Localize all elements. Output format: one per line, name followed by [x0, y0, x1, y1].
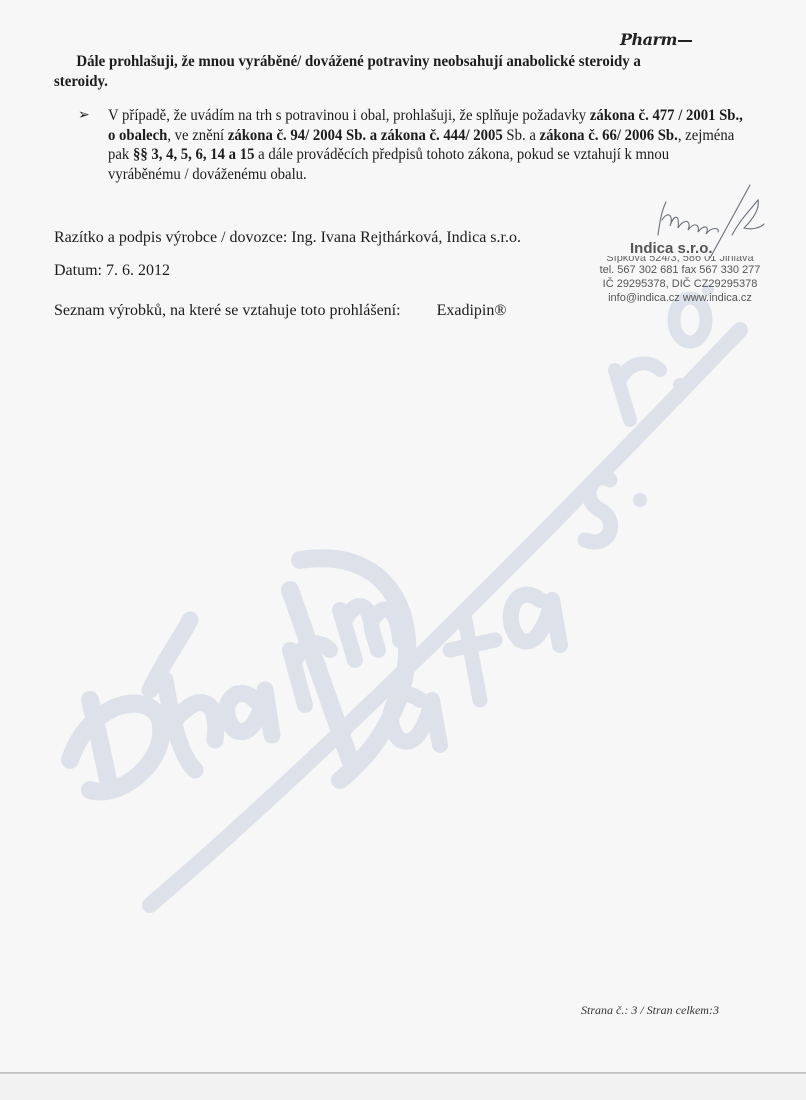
- signature-value: Ing. Ivana Rejthárková, Indica s.r.o.: [291, 229, 521, 246]
- date-label: Datum:: [54, 262, 102, 279]
- stamp-company: Indica s.r.o.: [630, 240, 713, 257]
- sections-reference: §§ 3, 4, 5, 6, 14 a 15: [133, 146, 254, 163]
- products-label: Seznam výrobků, na které se vztahuje tot…: [54, 302, 401, 319]
- signature-label: Razítko a podpis výrobce / dovozce:: [54, 229, 287, 246]
- stamp-contact: info@indica.cz www.indica.cz: [590, 292, 770, 304]
- page-number: Strana č.: 3 / Stran celkem:3: [581, 1003, 719, 1018]
- intro-line-1: Dále prohlašuji, že mnou vyráběné/ dováž…: [54, 52, 724, 72]
- stamp-address: Šípková 524/3, 586 01 Jihlava: [590, 256, 770, 263]
- document-page: Pharm Dále prohlašuji, že mnou vyráběné/…: [0, 0, 806, 1100]
- date-value: 7. 6. 2012: [106, 262, 170, 279]
- products-field: Seznam výrobků, na které se vztahuje tot…: [54, 302, 506, 320]
- stamp-ids: IČ 29295378, DIČ CZ29295378: [590, 278, 770, 290]
- signature-field: Razítko a podpis výrobce / dovozce: Ing.…: [54, 229, 521, 247]
- logo-text: Pharm: [620, 30, 677, 49]
- text-segment: , ve znění: [167, 127, 228, 144]
- logo-underline: [678, 40, 692, 42]
- company-stamp: Indica s.r.o. Šípková 524/3, 586 01 Jihl…: [590, 180, 780, 310]
- arrow-bullet-icon: ➢: [78, 106, 90, 126]
- declaration-intro: Dále prohlašuji, že mnou vyráběné/ dováž…: [54, 52, 724, 92]
- packaging-declaration: ➢ V případě, že uvádím na trh s potravin…: [78, 106, 778, 184]
- packaging-declaration-text: V případě, že uvádím na trh s potravinou…: [108, 106, 745, 184]
- scan-bottom-margin: [0, 1074, 806, 1100]
- stamp-address-text: Šípková 524/3, 586 01 Jihlava: [606, 256, 753, 263]
- date-field: Datum: 7. 6. 2012: [54, 262, 170, 280]
- law-reference: zákona č. 94/ 2004 Sb. a zákona č. 444/ …: [228, 127, 503, 144]
- intro-line-2: steroidy.: [54, 72, 724, 92]
- stamp-phone-fax: tel. 567 302 681 fax 567 330 277: [590, 264, 770, 276]
- law-reference: zákona č. 66/ 2006 Sb.: [540, 127, 678, 144]
- pharm-logo: Pharm: [620, 30, 692, 49]
- text-segment: Sb. a: [503, 127, 540, 144]
- products-value: Exadipin®: [437, 302, 507, 319]
- text-segment: V případě, že uvádím na trh s potravinou…: [108, 107, 590, 124]
